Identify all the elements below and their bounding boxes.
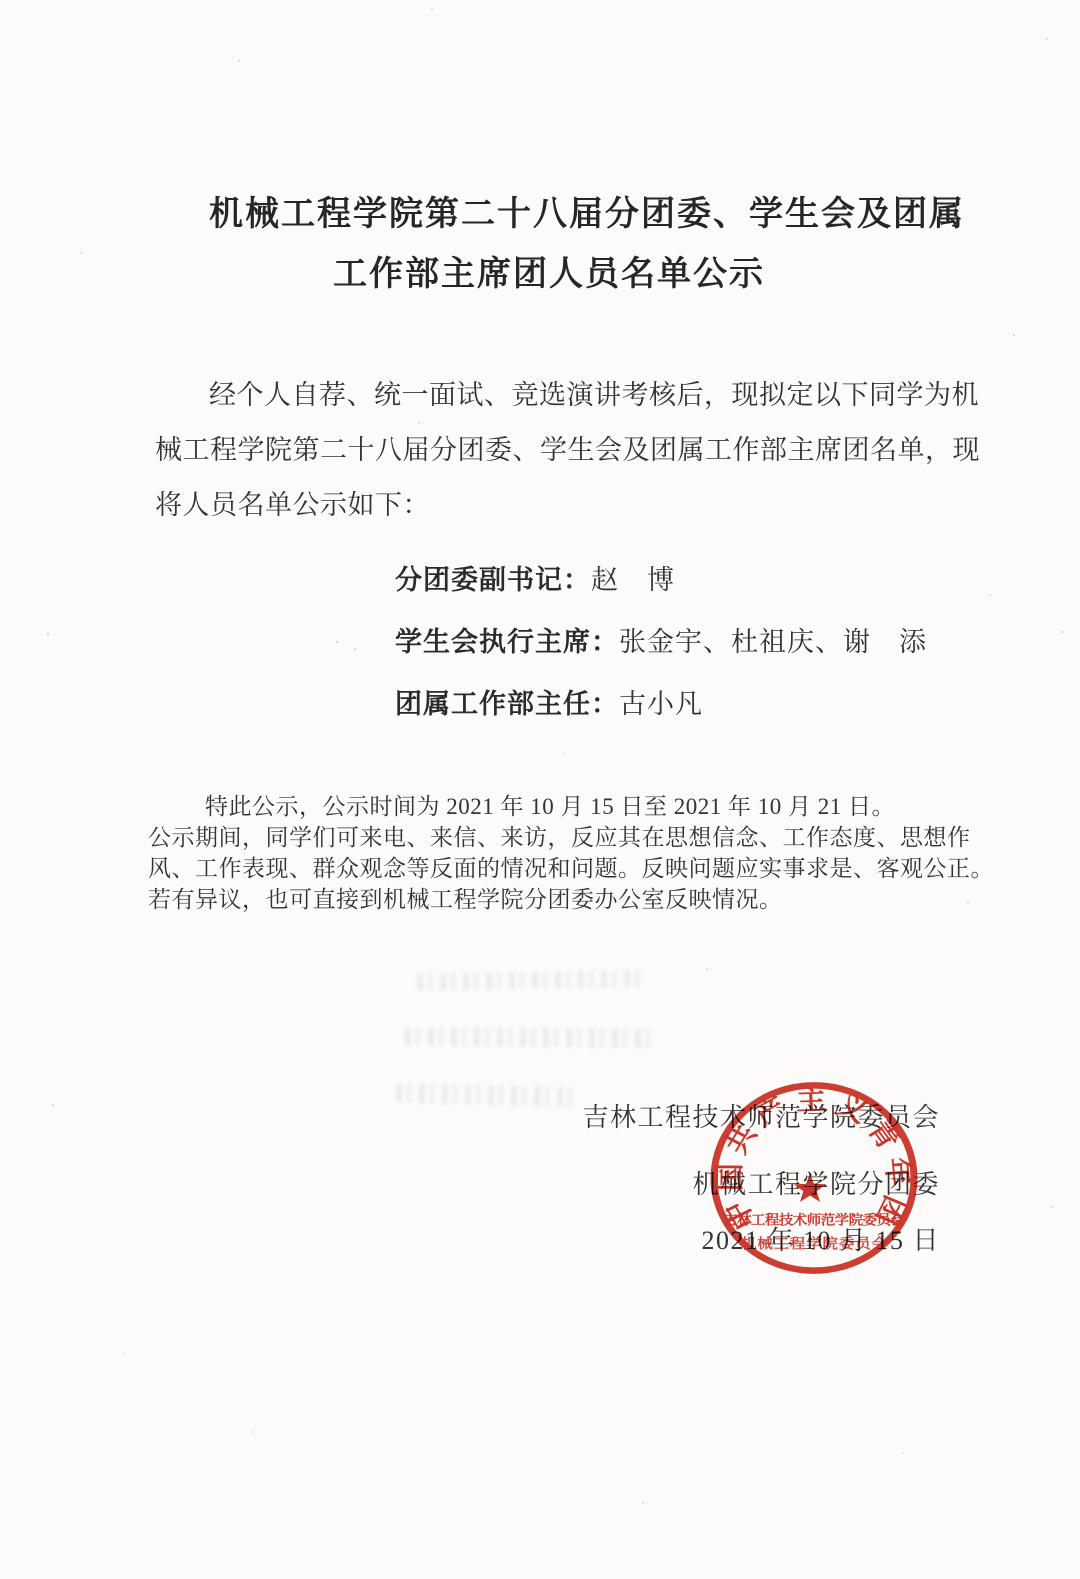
notice-line: 若有异议，也可直接到机械工程学院分团委办公室反映情况。 (148, 884, 960, 915)
role-label: 分团委副书记： (395, 565, 591, 595)
intro-paragraph: 经个人自荐、统一面试、竞选演讲考核后，现拟定以下同学为机 械工程学院第二十八届分… (155, 368, 965, 533)
scanned-announcement-page: 机械工程学院第二十八届分团委、学生会及团属 工作部主席团人员名单公示 经个人自荐… (0, 0, 1080, 1579)
appointee-names: 赵 博 (591, 565, 675, 595)
bleedthrough-smudge (397, 1083, 575, 1108)
appointee-names: 古小凡 (619, 689, 703, 719)
notice-line: 公示期间，同学们可来电、来信、来访，反应其在思想信念、工作态度、思想作 (148, 822, 960, 853)
appointment-row: 团属工作部主任：古小凡 (395, 673, 927, 735)
appointee-names: 张金宇、杜祖庆、谢 添 (619, 627, 927, 657)
title-line-2: 工作部主席团人员名单公示 (9, 251, 1080, 297)
seal-inner-line-2: 机械工程学院委员会 (741, 1235, 887, 1252)
intro-line: 械工程学院第二十八届分团委、学生会及团属工作部主席团名单，现 (155, 423, 965, 478)
notice-paragraph: 特此公示，公示时间为 2021 年 10 月 15 日至 2021 年 10 月… (148, 791, 960, 915)
bleedthrough-smudge (418, 970, 646, 991)
intro-line: 将人员名单公示如下： (155, 478, 965, 533)
notice-line: 特此公示，公示时间为 2021 年 10 月 15 日至 2021 年 10 月… (148, 791, 960, 822)
role-label: 学生会执行主席： (395, 627, 619, 657)
appointment-row: 学生会执行主席：张金宇、杜祖庆、谢 添 (395, 611, 927, 673)
appointment-list: 分团委副书记：赵 博 学生会执行主席：张金宇、杜祖庆、谢 添 团属工作部主任：古… (395, 549, 927, 735)
seal-graphic: 中国共产主义青年团 吉林工程技术师范学院委员会 机械工程学院委员会 (706, 1078, 922, 1278)
appointment-row: 分团委副书记：赵 博 (395, 549, 927, 611)
star-icon (794, 1173, 826, 1202)
title-line-1: 机械工程学院第二十八届分团委、学生会及团属 (47, 191, 1080, 237)
role-label: 团属工作部主任： (395, 689, 619, 719)
bleedthrough-smudge (406, 1027, 654, 1048)
scan-specks (0, 0, 2, 2)
intro-line: 经个人自荐、统一面试、竞选演讲考核后，现拟定以下同学为机 (155, 368, 965, 423)
document-title: 机械工程学院第二十八届分团委、学生会及团属 工作部主席团人员名单公示 (0, 191, 1080, 297)
notice-line: 风、工作表现、群众观念等反面的情况和问题。反映问题应实事求是、客观公正。 (148, 853, 960, 884)
official-seal: 中国共产主义青年团 吉林工程技术师范学院委员会 机械工程学院委员会 (706, 1078, 922, 1278)
seal-inner-line-1: 吉林工程技术师范学院委员会 (723, 1212, 905, 1227)
